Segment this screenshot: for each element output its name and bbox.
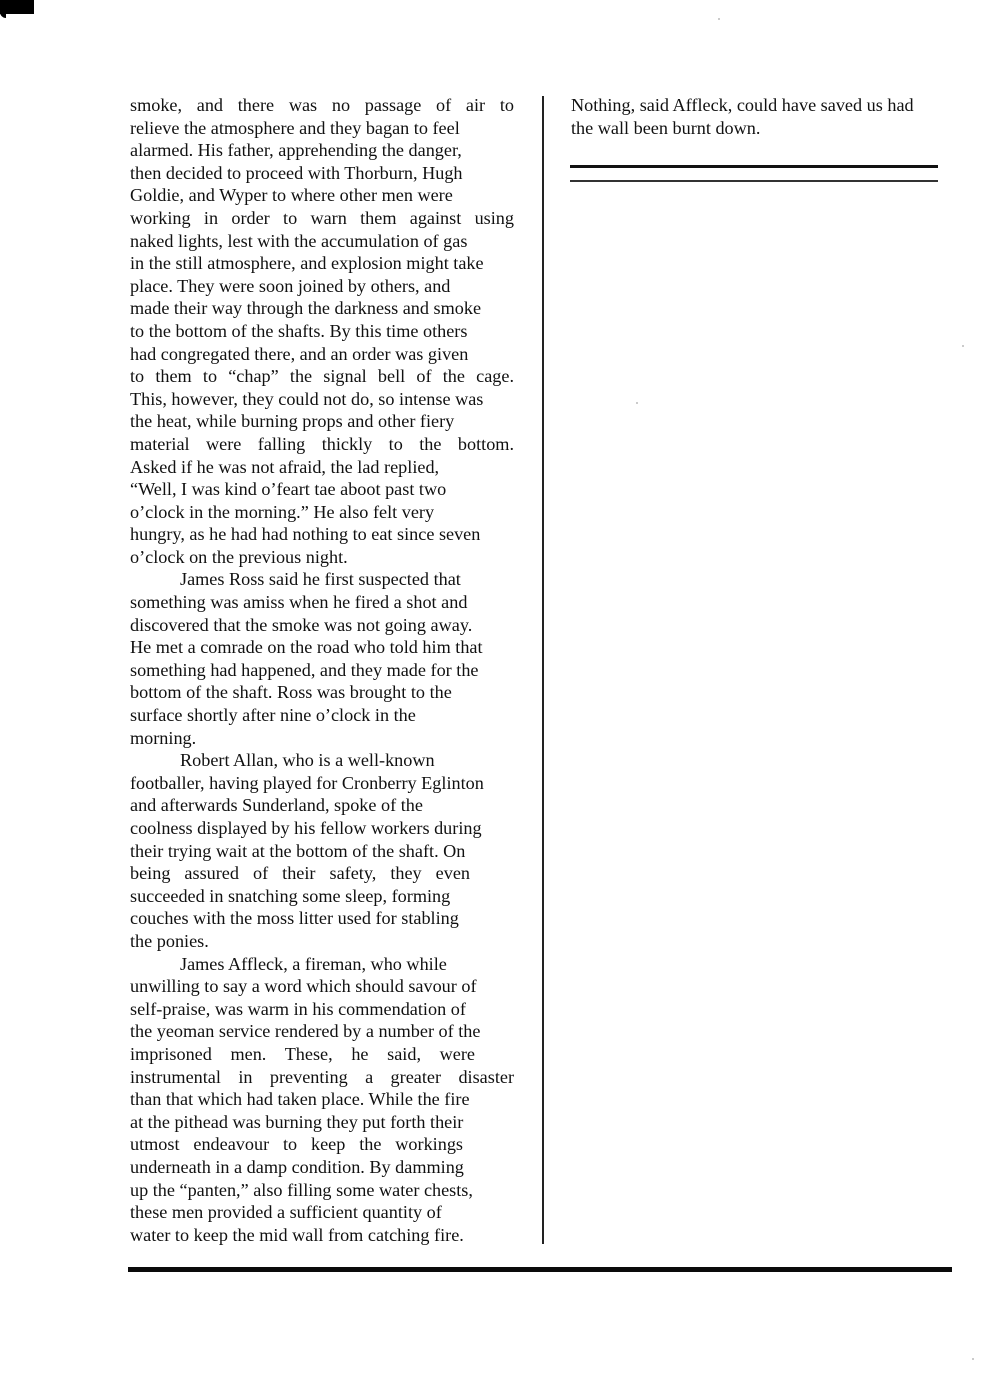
right-column-text: Nothing, said Affleck, could have saved … xyxy=(571,94,951,139)
text-line: relieve the atmosphere and they bagan to… xyxy=(130,117,514,140)
text-line: underneath in a damp condition. By dammi… xyxy=(130,1156,514,1179)
text-line: o’clock on the previous night. xyxy=(130,546,514,569)
section-end-rule-thin xyxy=(570,180,938,182)
text-line: self-praise, was warm in his commendatio… xyxy=(130,998,514,1021)
text-line: unwilling to say a word which should sav… xyxy=(130,975,514,998)
text-line: in the still atmosphere, and explosion m… xyxy=(130,252,514,275)
text-line: This, however, they could not do, so int… xyxy=(130,388,514,411)
text-line: than that which had taken place. While t… xyxy=(130,1088,514,1111)
text-line: “Well, I was kind o’feart tae aboot past… xyxy=(130,478,514,501)
text-line: coolness displayed by his fellow workers… xyxy=(130,817,514,840)
text-line: Goldie, and Wyper to where other men wer… xyxy=(130,184,514,207)
text-line: the heat, while burning props and other … xyxy=(130,410,514,433)
scan-speck xyxy=(972,1358,974,1360)
text-line: made their way through the darkness and … xyxy=(130,297,514,320)
text-line: Asked if he was not afraid, the lad repl… xyxy=(130,456,514,479)
text-line: morning. xyxy=(130,727,514,750)
text-line: surface shortly after nine o’clock in th… xyxy=(130,704,514,727)
text-line: succeeded in snatching some sleep, formi… xyxy=(130,885,514,908)
text-line: imprisoned men. These, he said, were xyxy=(130,1043,475,1066)
text-line: up the “panten,” also filling some water… xyxy=(130,1179,514,1202)
column-divider xyxy=(542,96,544,1244)
text-line: alarmed. His father, apprehending the da… xyxy=(130,139,514,162)
text-line: something had happened, and they made fo… xyxy=(130,659,514,682)
text-line: had congregated there, and an order was … xyxy=(130,343,514,366)
text-line: the yeoman service rendered by a number … xyxy=(130,1020,514,1043)
scan-speck xyxy=(718,18,720,20)
text-line: then decided to proceed with Thorburn, H… xyxy=(130,162,514,185)
text-line: something was amiss when he fired a shot… xyxy=(130,591,514,614)
text-line: discovered that the smoke was not going … xyxy=(130,614,514,637)
text-line: working in order to warn them against us… xyxy=(130,207,514,230)
section-end-rule-thick xyxy=(570,165,938,168)
page-bottom-rule xyxy=(128,1267,952,1272)
scan-corner-mark xyxy=(0,0,34,14)
text-line: and afterwards Sunderland, spoke of the xyxy=(130,794,514,817)
text-line: bottom of the shaft. Ross was brought to… xyxy=(130,681,514,704)
paragraph-start-line: Robert Allan, who is a well-known xyxy=(130,749,514,772)
text-line: place. They were soon joined by others, … xyxy=(130,275,514,298)
left-column-text: smoke, and there was no passage of air t… xyxy=(130,94,514,1246)
scan-speck xyxy=(962,345,964,347)
text-line: smoke, and there was no passage of air t… xyxy=(130,94,514,117)
text-line: their trying wait at the bottom of the s… xyxy=(130,840,514,863)
text-line: instrumental in preventing a greater dis… xyxy=(130,1066,514,1089)
text-line: being assured of their safety, they even xyxy=(130,862,470,885)
text-line: Nothing, said Affleck, could have saved … xyxy=(571,94,951,117)
paragraph-start-line: James Ross said he first suspected that xyxy=(130,568,514,591)
text-line: naked lights, lest with the accumulation… xyxy=(130,230,514,253)
text-line: the ponies. xyxy=(130,930,514,953)
text-line: material were falling thickly to the bot… xyxy=(130,433,514,456)
paragraph-start-line: James Affleck, a fireman, who while xyxy=(130,953,514,976)
text-line: utmost endeavour to keep the workings xyxy=(130,1133,463,1156)
text-line: the wall been burnt down. xyxy=(571,117,951,140)
text-line: He met a comrade on the road who told hi… xyxy=(130,636,514,659)
text-line: these men provided a sufficient quantity… xyxy=(130,1201,514,1224)
text-line: at the pithead was burning they put fort… xyxy=(130,1111,514,1134)
text-line: to them to “chap” the signal bell of the… xyxy=(130,365,514,388)
text-line: to the bottom of the shafts. By this tim… xyxy=(130,320,514,343)
text-line: o’clock in the morning.” He also felt ve… xyxy=(130,501,514,524)
text-line: hungry, as he had had nothing to eat sin… xyxy=(130,523,514,546)
text-line: footballer, having played for Cronberry … xyxy=(130,772,514,795)
text-line: couches with the moss litter used for st… xyxy=(130,907,514,930)
text-line: water to keep the mid wall from catching… xyxy=(130,1224,514,1247)
scan-speck xyxy=(636,402,638,404)
